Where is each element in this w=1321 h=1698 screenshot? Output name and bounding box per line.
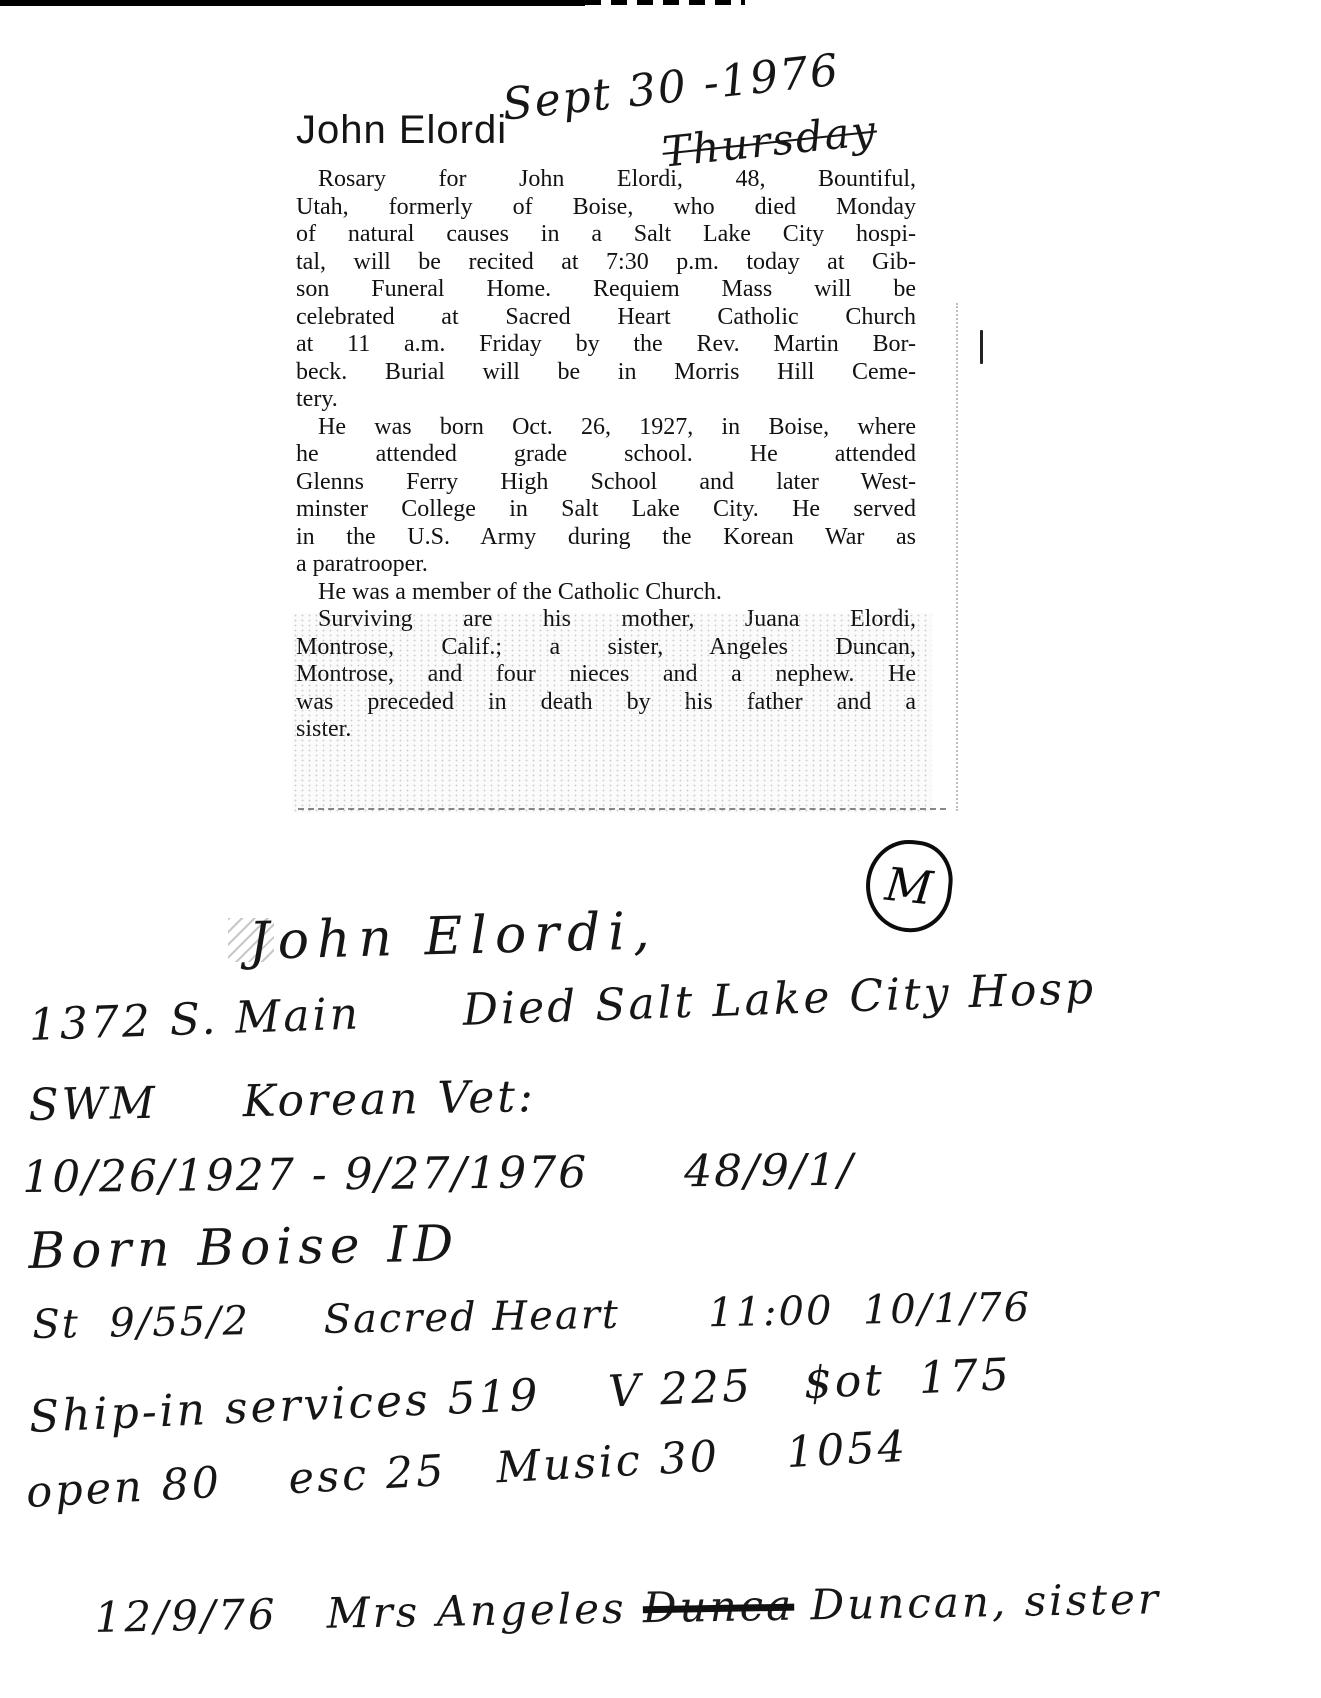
note-line-dates: 10/26/1927 - 9/27/1976 48/9/1/	[22, 1145, 855, 1203]
clipping-paragraph: He was born Oct. 26, 1927, in Boise, whe…	[296, 414, 916, 579]
circled-letter: M	[883, 857, 935, 916]
circled-letter-m: M	[861, 836, 956, 936]
clipping-line: Surviving are his mother, Juana Elordi,	[296, 606, 916, 634]
clipping-line: a paratrooper.	[296, 551, 916, 579]
scan-artifact-bar	[0, 0, 585, 6]
note-line-address: 1372 S. Main Died Salt Lake City Hosp	[28, 963, 1097, 1051]
note-line-service: St 9/55/2 Sacred Heart 11:00 10/1/76	[32, 1285, 1031, 1348]
scan-artifact-bar-dashes	[585, 0, 745, 5]
clipping-line: tery.	[296, 386, 916, 414]
clipping-line: Montrose, and four nieces and a nephew. …	[296, 661, 916, 689]
clipping-line: tal, will be recited at 7:30 p.m. today …	[296, 249, 916, 277]
clipping-line: of natural causes in a Salt Lake City ho…	[296, 221, 916, 249]
clipping-line: He was born Oct. 26, 1927, in Boise, whe…	[296, 414, 916, 442]
followup-struck-word: Dunca	[642, 1581, 794, 1633]
clipping-line: at 11 a.m. Friday by the Rev. Martin Bor…	[296, 331, 916, 359]
margin-tick-mark	[980, 330, 983, 364]
scanned-obituary-page: John Elordi Rosary for John Elordi, 48, …	[0, 0, 1321, 1698]
clipping-line: Rosary for John Elordi, 48, Bountiful,	[296, 166, 916, 194]
followup-suffix: Duncan, sister	[794, 1574, 1162, 1629]
followup-prefix: 12/9/76 Mrs Angeles	[94, 1583, 643, 1642]
note-line-demographics: SWM Korean Vet:	[28, 1071, 536, 1131]
clipping-line: sister.	[296, 716, 916, 744]
clipping-line: beck. Burial will be in Morris Hill Ceme…	[296, 359, 916, 387]
handwritten-name: John Elordi,	[248, 901, 658, 972]
clipping-line: He was a member of the Catholic Church.	[296, 579, 916, 607]
clipping-line: Glenns Ferry High School and later West-	[296, 469, 916, 497]
clipping-paragraph: Rosary for John Elordi, 48, Bountiful,Ut…	[296, 166, 916, 414]
clipping-right-edge	[956, 303, 958, 811]
clipping-line: minster College in Salt Lake City. He se…	[296, 496, 916, 524]
newspaper-clipping: John Elordi Rosary for John Elordi, 48, …	[296, 108, 916, 744]
clipping-paragraph: He was a member of the Catholic Church.	[296, 579, 916, 607]
note-line-followup: 12/9/76 Mrs Angeles Dunca Duncan, sister	[28, 1525, 1162, 1692]
note-line-birthplace: Born Boise ID	[28, 1214, 460, 1280]
clipping-line: Utah, formerly of Boise, who died Monday	[296, 194, 916, 222]
clipping-bottom-edge	[298, 808, 946, 810]
clipping-line: celebrated at Sacred Heart Catholic Chur…	[296, 304, 916, 332]
clipping-line: he attended grade school. He attended	[296, 441, 916, 469]
clipping-body: Rosary for John Elordi, 48, Bountiful,Ut…	[296, 166, 916, 744]
clipping-line: in the U.S. Army during the Korean War a…	[296, 524, 916, 552]
clipping-paragraph: Surviving are his mother, Juana Elordi,M…	[296, 606, 916, 744]
clipping-line: Montrose, Calif.; a sister, Angeles Dunc…	[296, 634, 916, 662]
clipping-line: son Funeral Home. Requiem Mass will be	[296, 276, 916, 304]
clipping-line: was preceded in death by his father and …	[296, 689, 916, 717]
